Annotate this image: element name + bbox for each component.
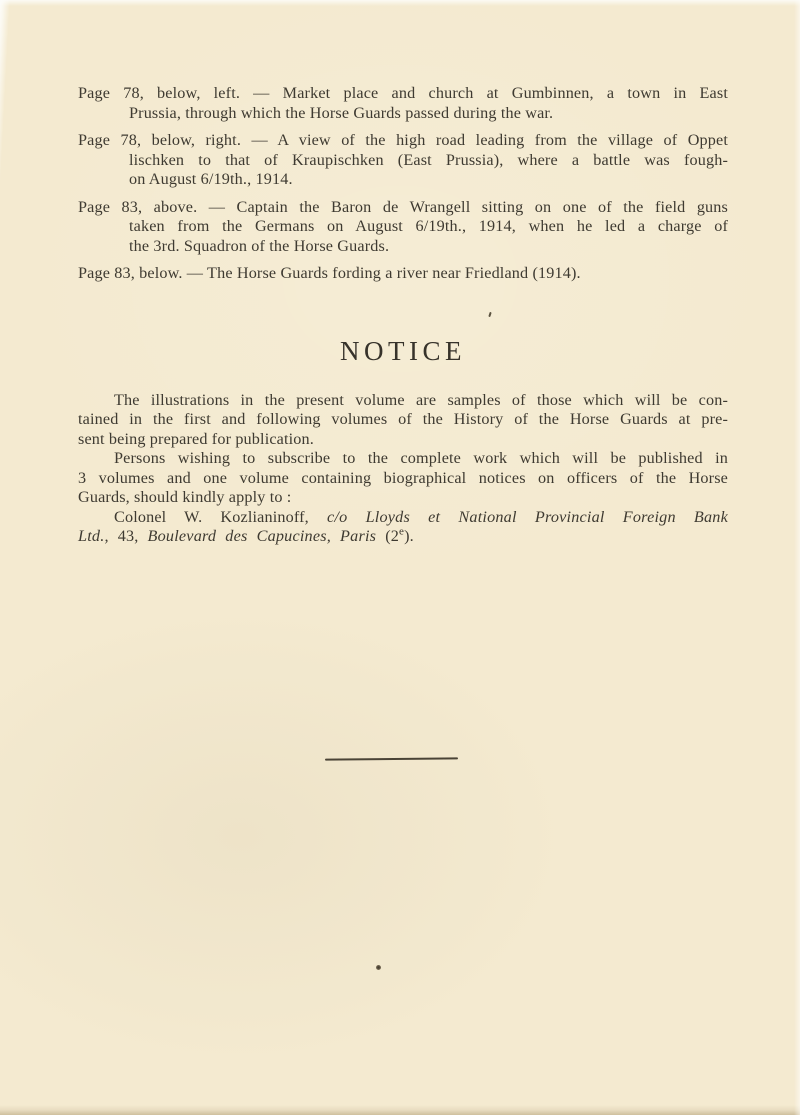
notice-paragraph-subscription: Persons wishing to subscribe to the comp… (78, 449, 728, 508)
text-line: the 3rd. Squadron of the Horse Guards. (78, 237, 728, 257)
text-line: Prussia, through which the Horse Guards … (78, 104, 728, 124)
notice-paragraph-illustrations: The illustrations in the present volume … (78, 391, 728, 450)
notice-heading: NOTICE (78, 336, 728, 367)
text-line: 3 volumes and one volume containing biog… (78, 469, 728, 489)
text-line: tained in the first and following volume… (78, 410, 728, 430)
scanned-book-page: Page 78, below, left. — Market place and… (0, 0, 800, 1115)
illustration-caption-list: Page 78, below, left. — Market place and… (78, 0, 728, 284)
illustration-entry-page83-below: Page 83, below. — The Horse Guards fordi… (78, 264, 728, 284)
text-line: Guards, should kindly apply to : (78, 488, 728, 508)
illustration-entry-page78-right: Page 78, below, right. — A view of the h… (78, 131, 728, 190)
page-content: Page 78, below, left. — Market place and… (78, 0, 728, 547)
text-line: on August 6/19th., 1914. (78, 170, 728, 190)
text-line: Persons wishing to subscribe to the comp… (78, 449, 728, 469)
text-line: sent being prepared for publication. (78, 430, 728, 450)
ink-dot (376, 965, 381, 970)
text-line: Page 83, above. — Captain the Baron de W… (78, 198, 728, 218)
text-line: Ltd., 43, Boulevard des Capucines, Paris… (78, 527, 728, 547)
divider-rule (325, 757, 458, 760)
text-line: taken from the Germans on August 6/19th.… (78, 217, 728, 237)
text-line: The illustrations in the present volume … (78, 391, 728, 411)
notice-body: The illustrations in the present volume … (78, 391, 728, 547)
text-line: Page 78, below, right. — A view of the h… (78, 131, 728, 151)
illustration-entry-page83-above: Page 83, above. — Captain the Baron de W… (78, 198, 728, 257)
text-line: lischken to that of Kraupischken (East P… (78, 151, 728, 171)
text-line: Colonel W. Kozlianinoff, c/o Lloyds et N… (78, 508, 728, 528)
text-line: Page 83, below. — The Horse Guards fordi… (78, 264, 728, 284)
illustration-entry-page78-left: Page 78, below, left. — Market place and… (78, 84, 728, 123)
notice-paragraph-address: Colonel W. Kozlianinoff, c/o Lloyds et N… (78, 508, 728, 547)
text-line: Page 78, below, left. — Market place and… (78, 84, 728, 104)
